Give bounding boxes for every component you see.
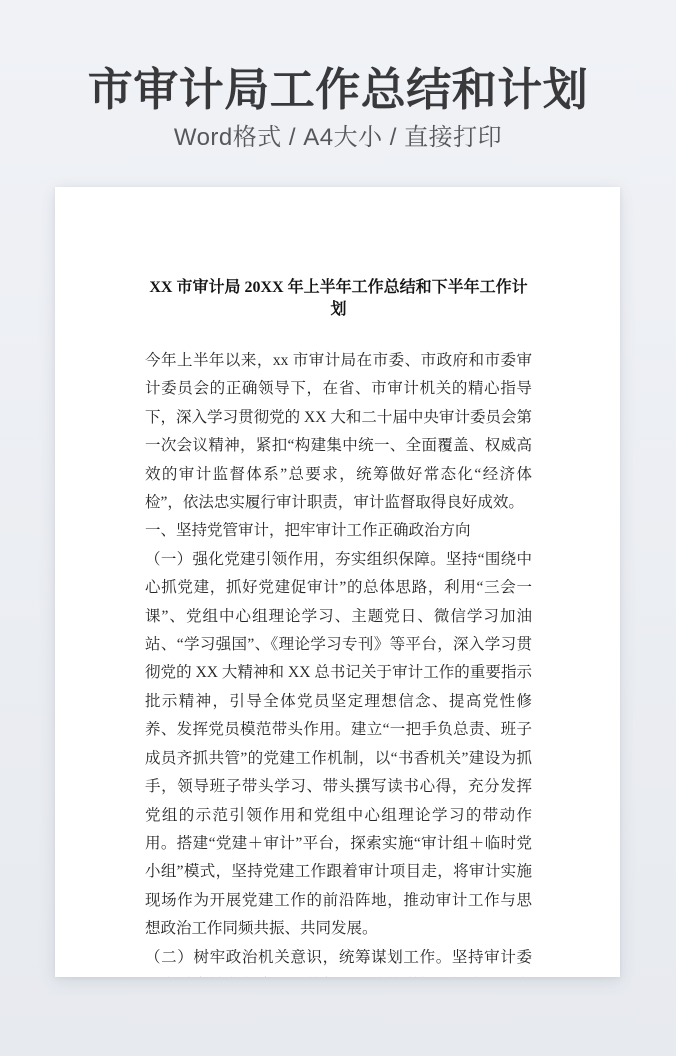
document-title: XX 市审计局 20XX 年上半年工作总结和下半年工作计划 xyxy=(145,277,532,321)
doc-paragraph: （一）强化党建引领作用，夯实组织保障。坚持“围绕中心抓党建，抓好党建促审计”的总… xyxy=(145,546,532,944)
document-page: XX 市审计局 20XX 年上半年工作总结和下半年工作计划 今年上半年以来，xx… xyxy=(55,187,620,977)
doc-section-heading: 一、坚持党管审计，把牢审计工作正确政治方向 xyxy=(145,517,532,545)
doc-paragraph-intro: 今年上半年以来，xx 市审计局在市委、市政府和市委审计委员会的正确领导下，在省、… xyxy=(145,347,532,517)
template-preview-page: { "hero": { "title": "市审计局工作总结和计划", "sub… xyxy=(0,0,676,1056)
doc-paragraph: （二）树牢政治机关意识，统筹谋划工作。坚持审计委员会对审计监督全过程的领导和统筹… xyxy=(145,944,532,977)
template-subtitle: Word格式 / A4大小 / 直接打印 xyxy=(0,124,676,152)
template-title: 市审计局工作总结和计划 xyxy=(0,64,676,116)
hero-banner: 市审计局工作总结和计划 Word格式 / A4大小 / 直接打印 xyxy=(0,0,676,152)
document-content: XX 市审计局 20XX 年上半年工作总结和下半年工作计划 今年上半年以来，xx… xyxy=(55,187,620,977)
